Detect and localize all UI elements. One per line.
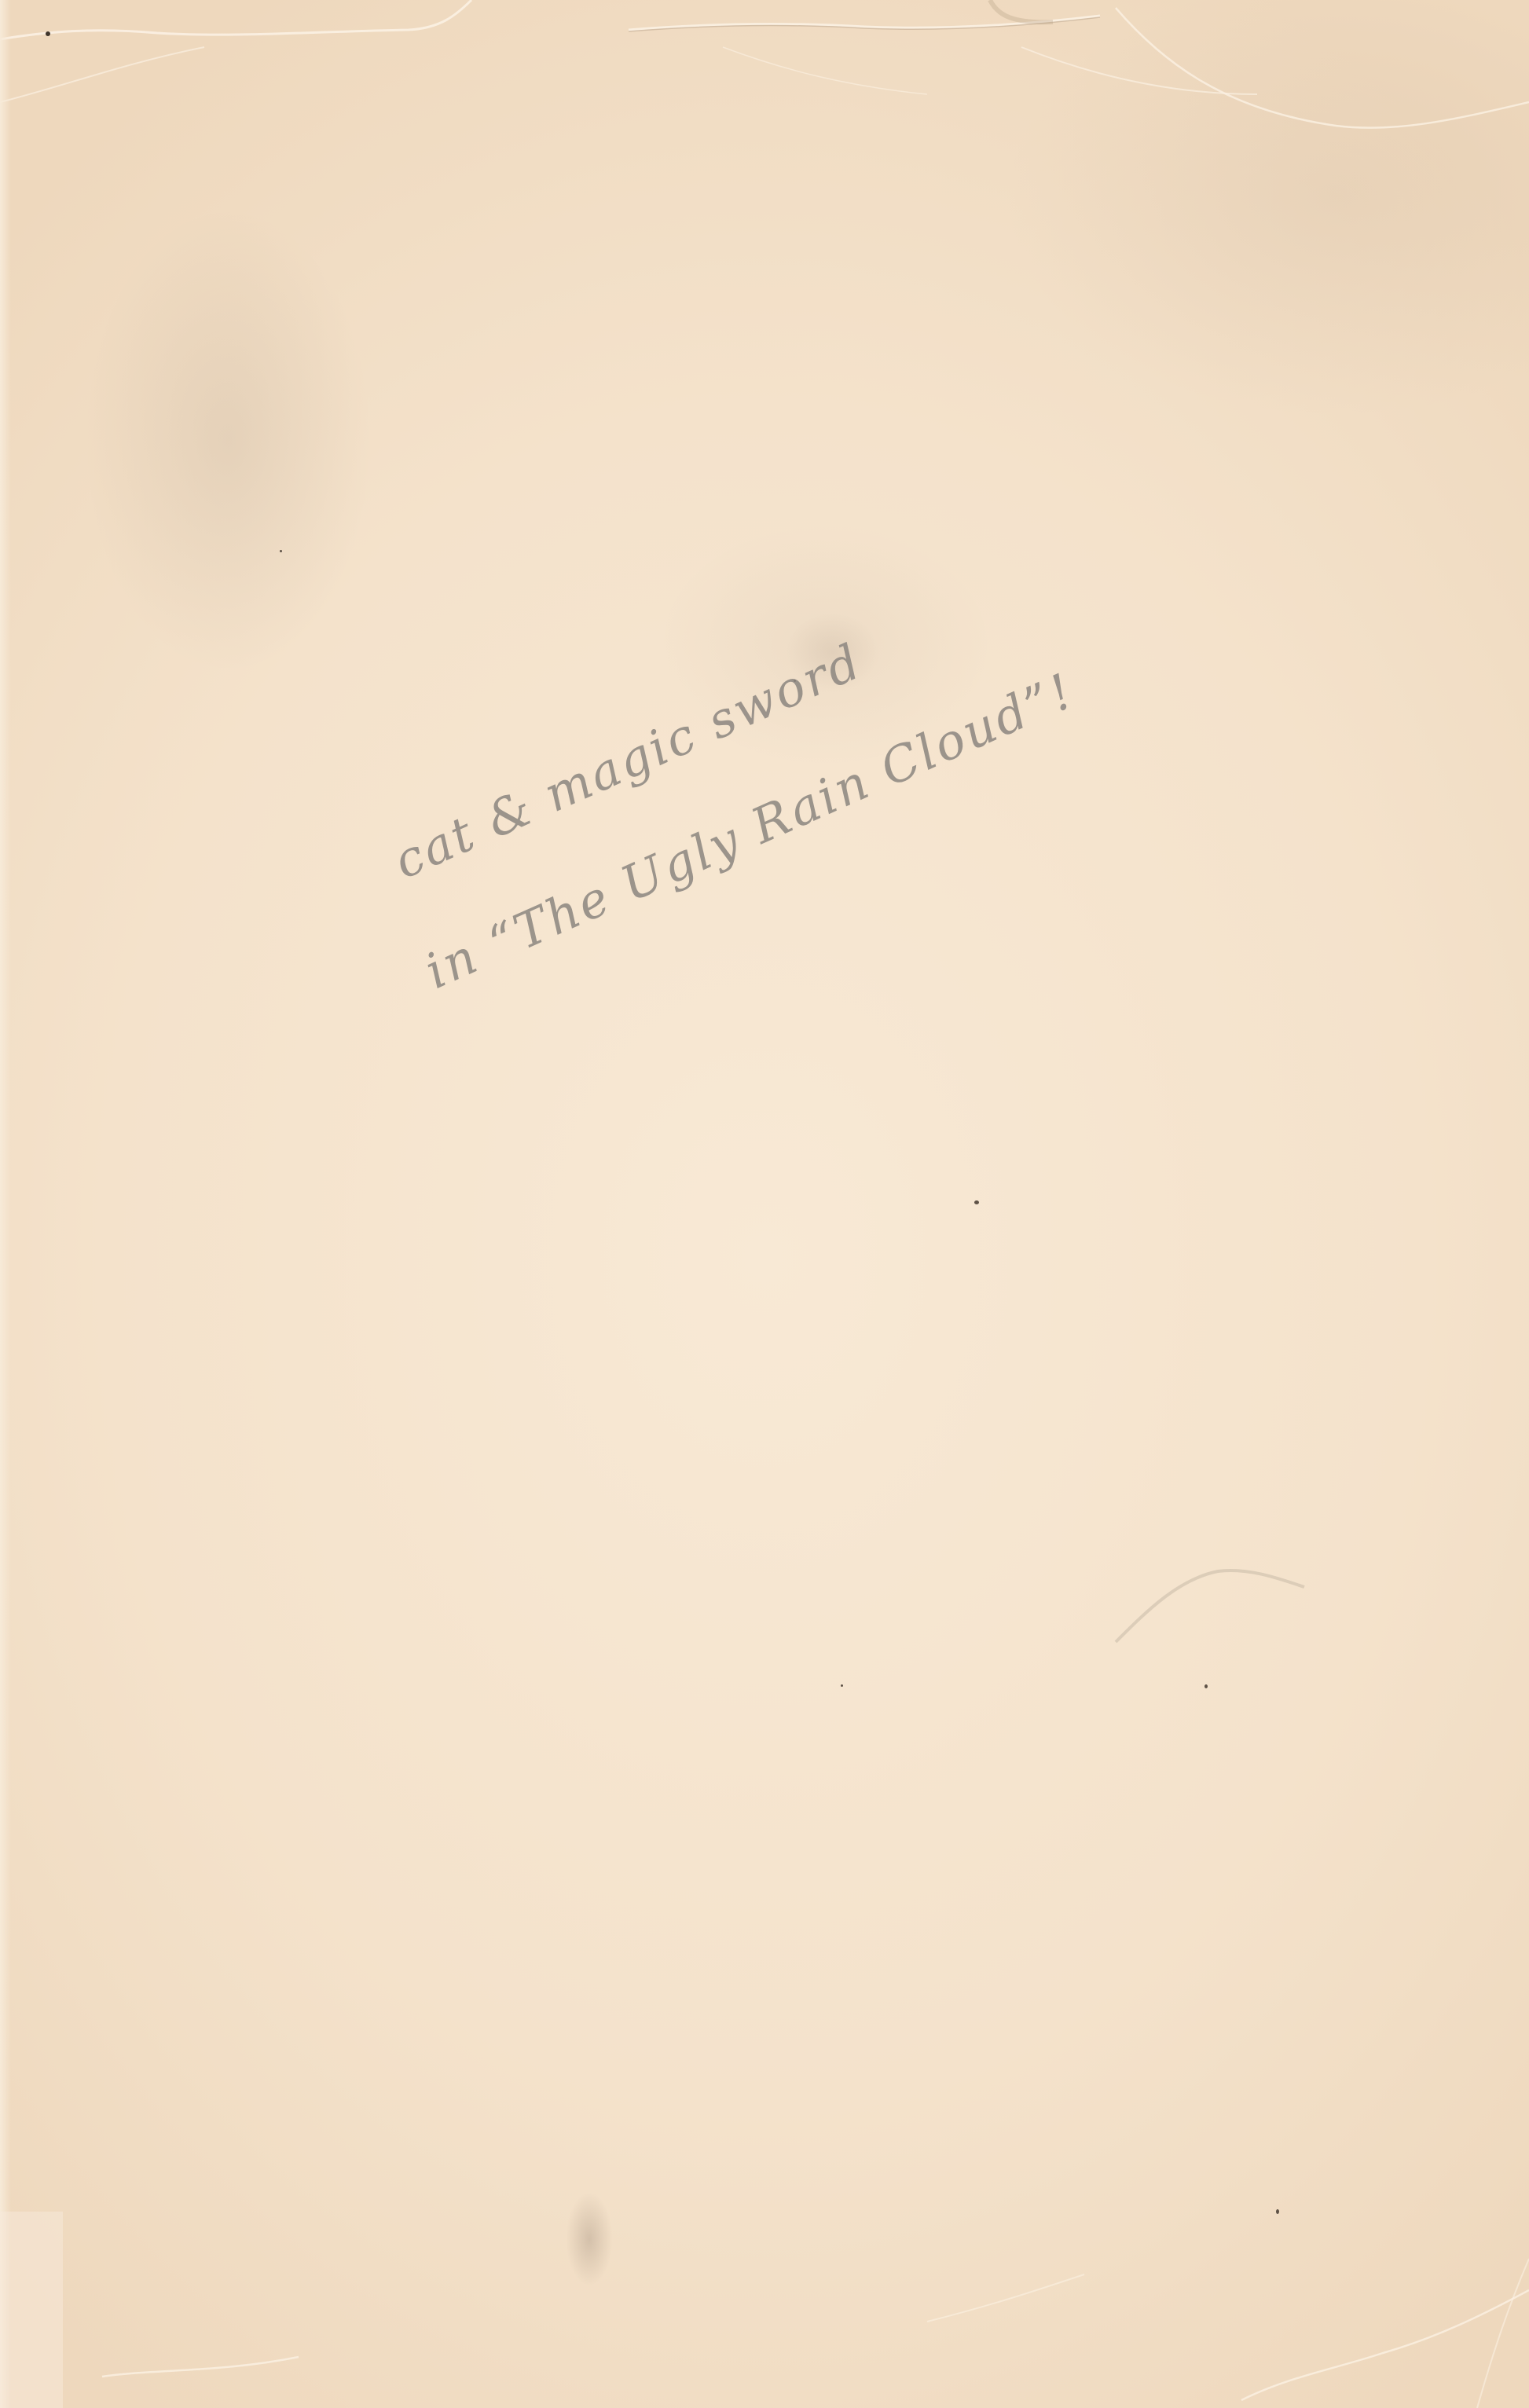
speck xyxy=(794,680,796,682)
left-edge xyxy=(0,0,11,2408)
speck xyxy=(1204,1684,1208,1688)
handwritten-line-1: cat & magic sword xyxy=(385,632,871,890)
speck xyxy=(280,550,282,552)
handwritten-note: cat & magic sword in “The Ugly Rain Clou… xyxy=(0,0,1529,2408)
speck xyxy=(1276,2209,1279,2214)
speck xyxy=(46,31,50,36)
top-edge-creases xyxy=(0,0,1529,157)
bottom-edge-creases xyxy=(0,2212,1529,2408)
smudge-mark xyxy=(786,613,880,691)
speck xyxy=(974,1200,979,1204)
speck xyxy=(841,1684,843,1687)
handwritten-line-2: in “The Ugly Rain Cloud”! xyxy=(416,662,1083,1000)
paper-sheet: cat & magic sword in “The Ugly Rain Clou… xyxy=(0,0,1529,2408)
faint-pencil-arc xyxy=(1100,1563,1336,1658)
